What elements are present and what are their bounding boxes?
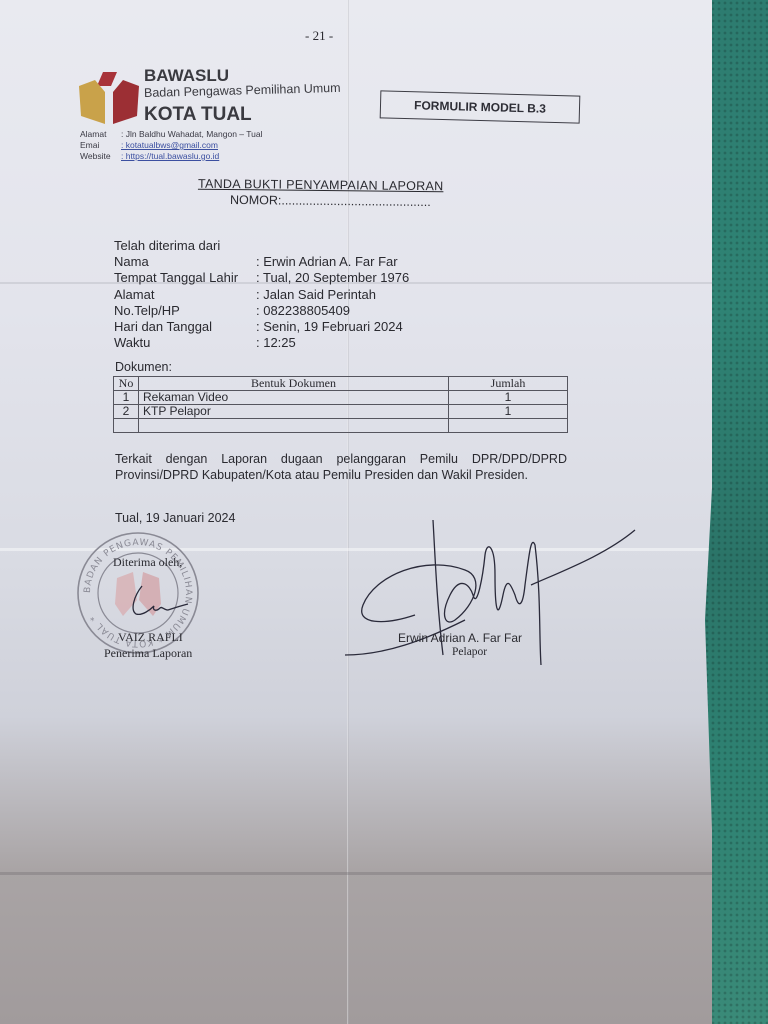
place-date: Tual, 19 Januari 2024 bbox=[115, 511, 235, 525]
reporter-name: Erwin Adrian A. Far Far bbox=[398, 631, 522, 645]
fold-line bbox=[347, 0, 349, 1024]
table-row bbox=[114, 419, 568, 433]
email-link[interactable]: : kotatualbws@gmail.com bbox=[121, 140, 218, 151]
table-row: 1 Rekaman Video 1 bbox=[114, 391, 568, 405]
reporter-signature-icon bbox=[345, 515, 645, 675]
table-row: 2 KTP Pelapor 1 bbox=[114, 405, 568, 419]
contact-block: Alamat : Jln Baldhu Wahadat, Mangon – Tu… bbox=[80, 129, 262, 162]
received-from-block: Telah diterima dari Nama : Erwin Adrian … bbox=[114, 238, 409, 351]
field-phone: No.Telp/HP : 082238805409 bbox=[114, 303, 409, 319]
contact-email: Emai : kotatualbws@gmail.com bbox=[80, 140, 262, 151]
documents-label: Dokumen: bbox=[115, 360, 172, 374]
receiver-signature-icon bbox=[120, 580, 200, 620]
receiver-role: Penerima Laporan bbox=[104, 646, 192, 661]
table-header: No Bentuk Dokumen Jumlah bbox=[114, 377, 568, 391]
column-header: Bentuk Dokumen bbox=[139, 377, 449, 391]
receiver-caption: Diterima oleh, bbox=[113, 555, 182, 570]
field-day-date: Hari dan Tanggal : Senin, 19 Februari 20… bbox=[114, 319, 409, 335]
statement-text: Terkait dengan Laporan dugaan pelanggara… bbox=[115, 452, 567, 483]
fold-line bbox=[0, 872, 712, 875]
receiver-name: VAIZ RAFLI bbox=[118, 630, 183, 645]
documents-table: No Bentuk Dokumen Jumlah 1 Rekaman Video… bbox=[113, 376, 568, 433]
document-paper: - 21 - BAWASLU Badan Pengawas Pemilihan … bbox=[0, 0, 712, 1024]
field-time: Waktu : 12:25 bbox=[114, 335, 409, 351]
contact-address: Alamat : Jln Baldhu Wahadat, Mangon – Tu… bbox=[80, 129, 262, 140]
column-header: Jumlah bbox=[449, 377, 568, 391]
field-name: Nama : Erwin Adrian A. Far Far bbox=[114, 254, 409, 270]
field-birth: Tempat Tanggal Lahir : Tual, 20 Septembe… bbox=[114, 270, 409, 286]
column-header: No bbox=[114, 377, 139, 391]
form-model-label: FORMULIR MODEL B.3 bbox=[380, 90, 581, 123]
document-title: TANDA BUKTI PENYAMPAIAN LAPORAN bbox=[198, 177, 444, 194]
field-address: Alamat : Jalan Said Perintah bbox=[114, 287, 409, 303]
document-number: NOMOR:..................................… bbox=[230, 193, 431, 209]
org-name: BAWASLU bbox=[144, 66, 229, 86]
reporter-role: Pelapor bbox=[452, 646, 487, 658]
page-number: - 21 - bbox=[305, 28, 333, 44]
contact-website: Website : https://tual.bawaslu.go.id bbox=[80, 151, 262, 162]
bawaslu-logo-icon bbox=[77, 70, 141, 126]
org-city: KOTA TUAL bbox=[144, 104, 252, 126]
received-from-intro: Telah diterima dari bbox=[114, 238, 409, 254]
website-link[interactable]: : https://tual.bawaslu.go.id bbox=[121, 151, 219, 162]
